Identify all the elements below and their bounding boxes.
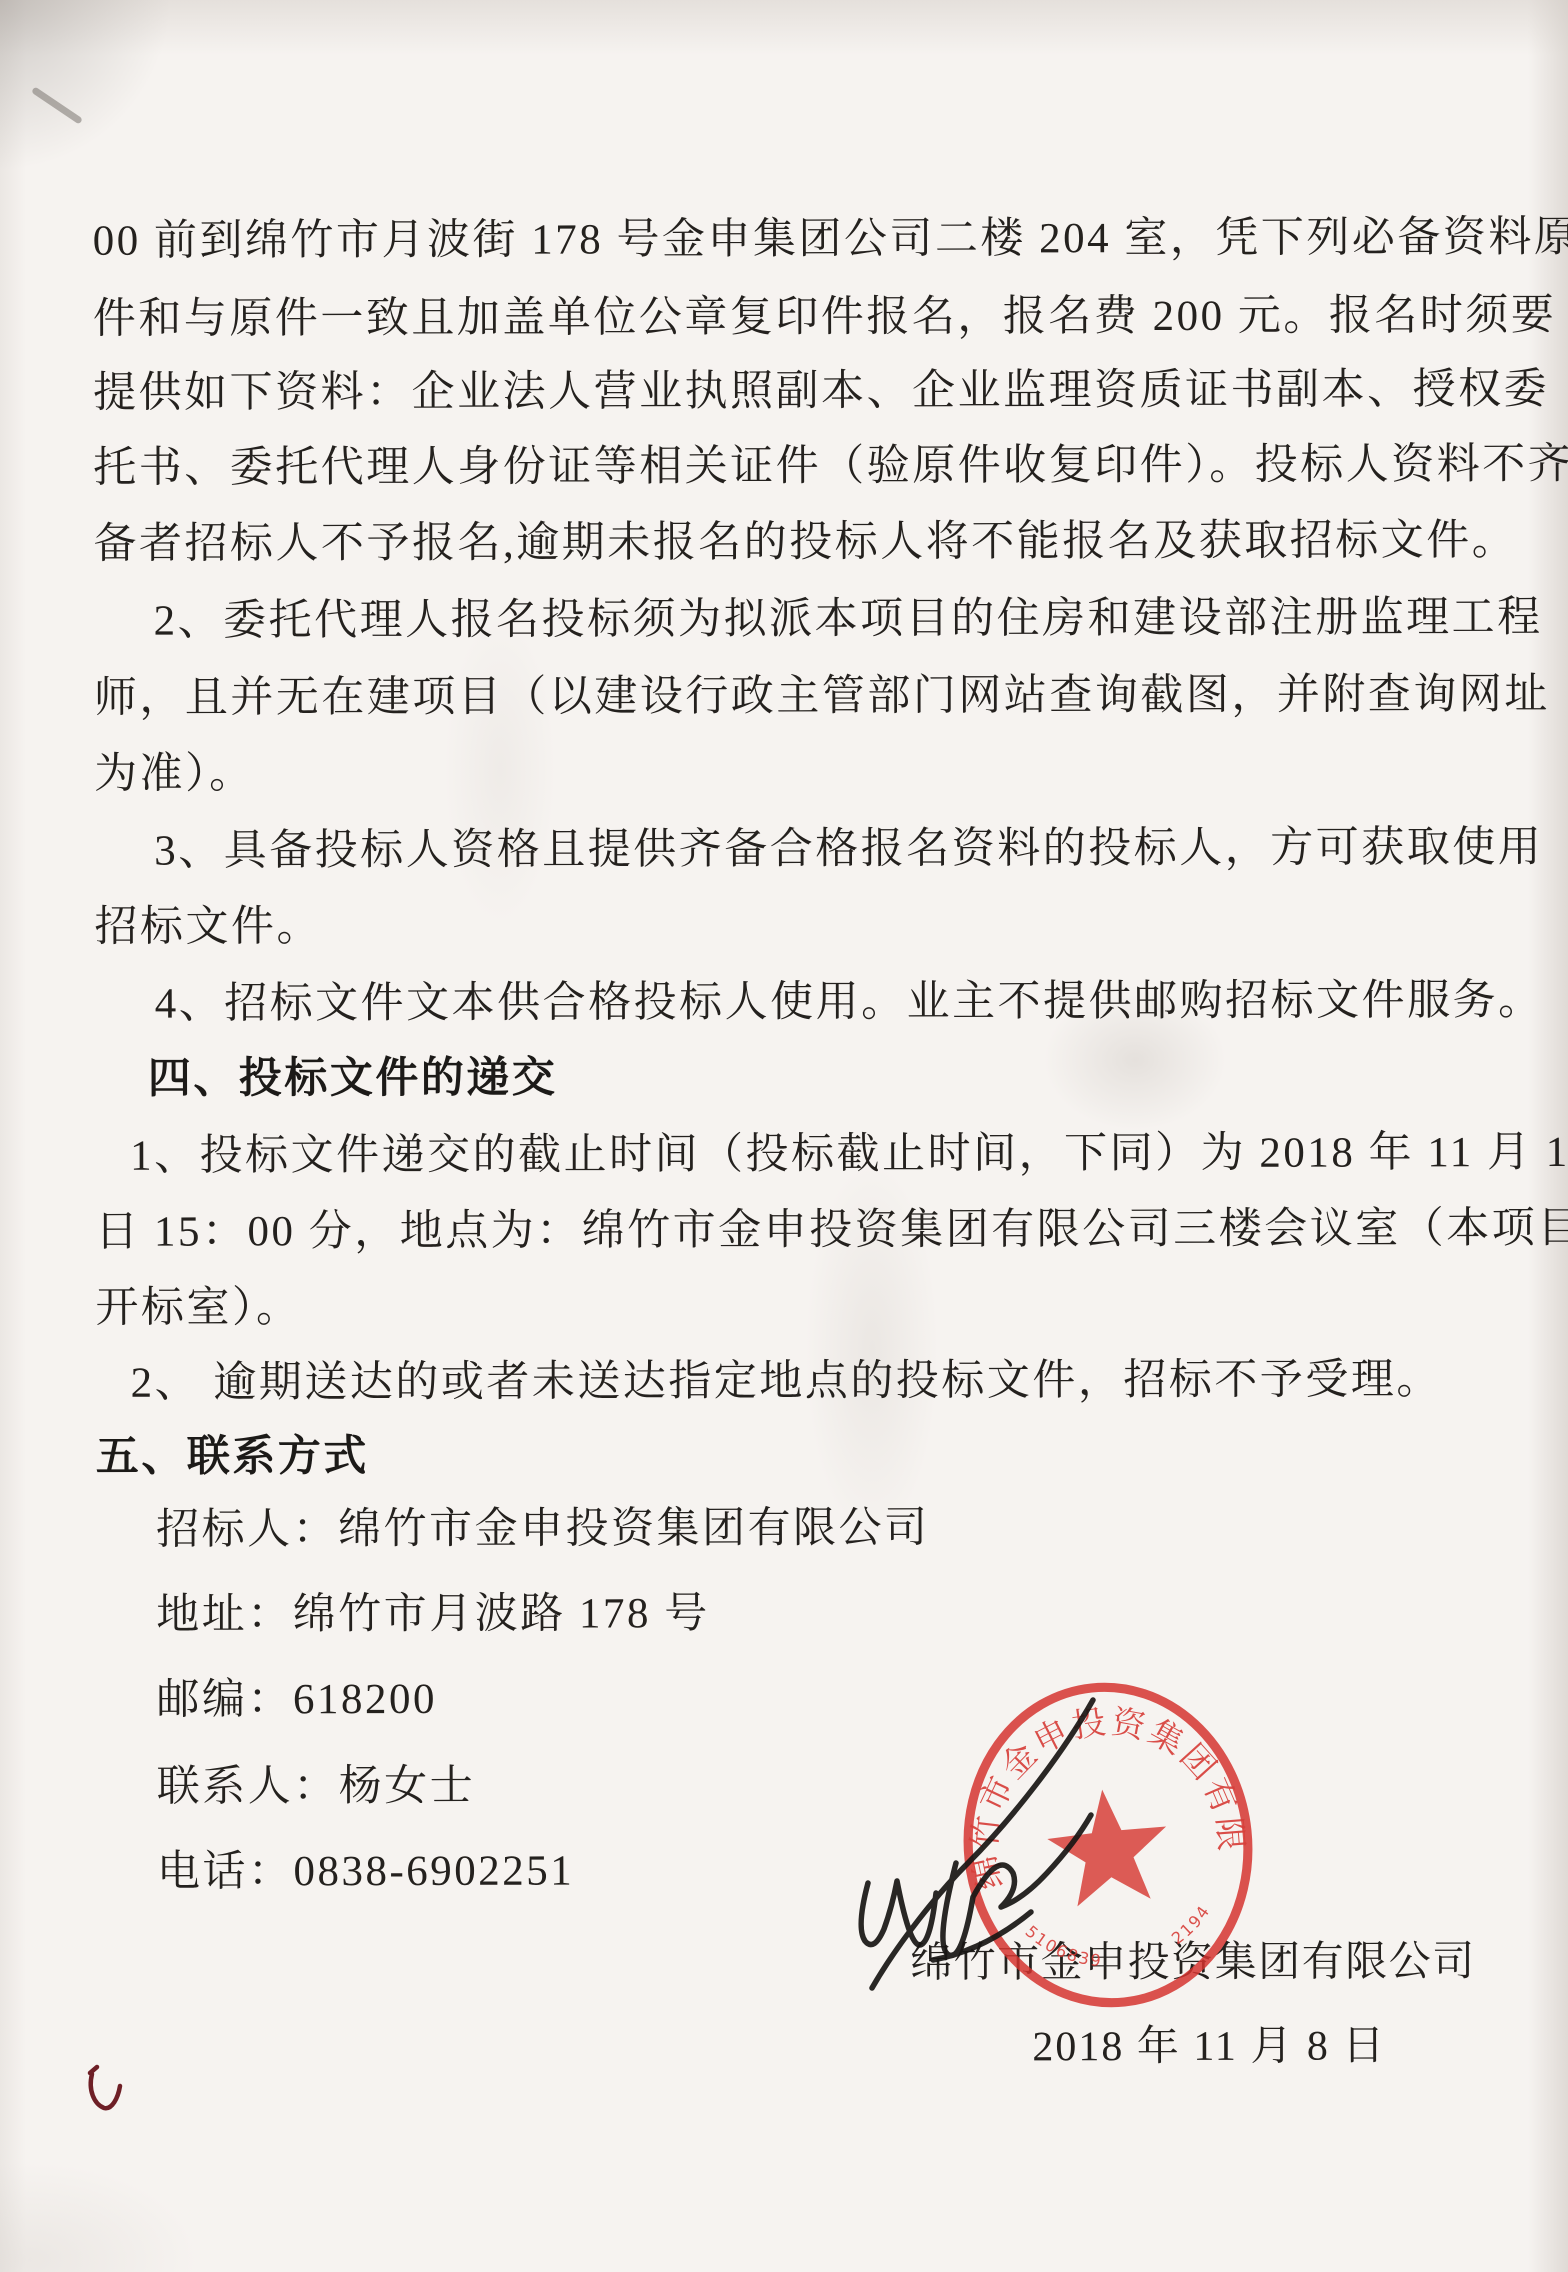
text-line: 00 前到绵竹市月波街 178 号金申集团公司二楼 204 室，凭下列必备资料原: [93, 213, 1568, 268]
text-line: 1、投标文件递交的截止时间（投标截止时间，下同）为 2018 年 11 月 13: [130, 1128, 1568, 1183]
contact-phone-line: 电话：0838-6902251: [157, 1847, 574, 1899]
document-text-layer: 00 前到绵竹市月波街 178 号金申集团公司二楼 204 室，凭下列必备资料原…: [0, 0, 1568, 2272]
text-line: 开标室）。: [95, 1283, 301, 1334]
contact-address-line: 地址：绵竹市月波路 178 号: [156, 1589, 710, 1641]
seal-code-right: 2194: [1165, 1900, 1218, 1950]
section-heading-5: 五、联系方式: [96, 1432, 369, 1483]
text-line: 备者招标人不予报名,逾期未报名的投标人将不能报名及获取招标文件。: [93, 516, 1517, 570]
pen-mark: [76, 2064, 138, 2126]
text-line: 3、具备投标人资格且提供齐备合格报名资料的投标人，方可获取使用: [154, 823, 1543, 877]
section-heading-4: 四、投标文件的递交: [148, 1054, 558, 1106]
text-line: 4、招标文件文本供合格投标人使用。业主不提供邮购招标文件服务。: [155, 976, 1544, 1030]
text-line: 2、 逾期送达的或者未送达指定地点的投标文件，招标不予受理。: [131, 1355, 1442, 1409]
text-line: 日 15：00 分，地点为：绵竹市金申投资集团有限公司三楼会议室（本项目: [95, 1204, 1568, 1259]
text-line: 件和与原件一致且加盖单位公章复印件报名，报名费 200 元。报名时须要: [93, 291, 1557, 346]
contact-person-line: 联系人：杨女士: [157, 1762, 476, 1814]
text-line: 招标文件。: [94, 902, 322, 953]
handwritten-signature: [838, 1658, 1148, 2058]
svg-text:2194: 2194: [1165, 1900, 1218, 1950]
document-page: 00 前到绵竹市月波街 178 号金申集团公司二楼 204 室，凭下列必备资料原…: [0, 0, 1568, 2272]
text-line: 2、委托代理人报名投标须为拟派本项目的住房和建设部注册监理工程: [154, 593, 1543, 647]
contact-tenderer-line: 招标人：绵竹市金申投资集团有限公司: [156, 1504, 930, 1557]
text-line: 提供如下资料：企业法人营业执照副本、企业监理资质证书副本、授权委: [93, 365, 1549, 420]
text-line: 为准）。: [94, 749, 255, 800]
contact-postcode-line: 邮编：618200: [156, 1675, 437, 1726]
text-line: 师，且并无在建项目（以建设行政主管部门网站查询截图，并附查询网址: [94, 670, 1550, 725]
text-line: 托书、委托代理人身份证等相关证件（验原件收复印件）。投标人资料不齐: [93, 440, 1568, 495]
